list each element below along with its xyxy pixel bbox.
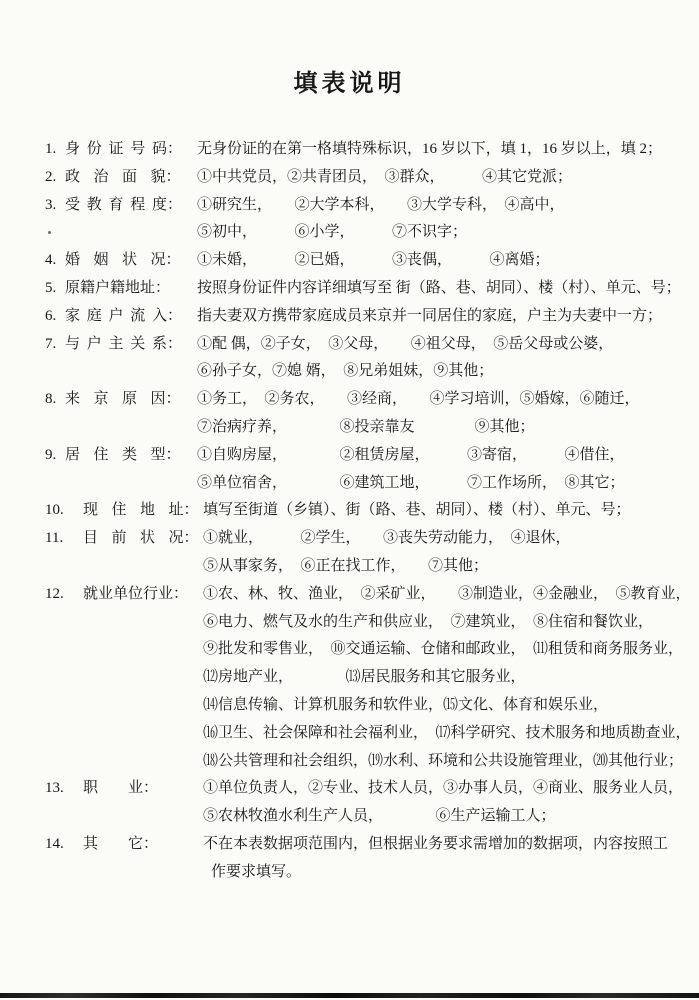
instruction-item: 9. 居 住 类 型： ①自购房屋， ②租赁房屋， ③寄宿， ④借住， ⑤单位宿…	[45, 442, 673, 498]
item-content: ①未婚， ②已婚， ③丧偶， ④离婚；	[197, 247, 673, 275]
item-label: 政 治 面 貌：	[65, 164, 197, 192]
item-line: ⑨批发和零售业， ⑩交通运输、仓储和邮政业， ⑾租赁和商务服务业，	[203, 636, 673, 664]
item-number: 1.	[45, 136, 65, 164]
item-content: 无身份证的在第一格填特殊标识，16 岁以下，填 1，16 岁以上，填 2；	[197, 136, 673, 164]
item-line: ⑥孙子女，⑦媳 婿， ⑧兄弟姐妹，⑨其他；	[197, 358, 673, 386]
item-line: 填写至街道（乡镇）、街（路、巷、胡同）、楼（村）、单元、号；	[203, 497, 673, 525]
item-content: ①务工， ②务农， ③经商， ④学习培训，⑤婚嫁，⑥随迁， ⑦治病疗养， ⑧投亲…	[197, 386, 673, 442]
instruction-item: 13. 职 业： ①单位负责人，②专业、技术人员，③办事人员，④商业、服务业人员…	[45, 775, 673, 831]
item-content: ①单位负责人，②专业、技术人员，③办事人员，④商业、服务业人员， ⑤农林牧渔水利…	[203, 775, 673, 831]
item-line: ⑤单位宿舍， ⑥建筑工地， ⑦工作场所， ⑧其它；	[197, 470, 673, 498]
item-label: 家 庭 户 流 入：	[65, 303, 197, 331]
item-label: 其 它：	[83, 831, 203, 859]
item-label: 来 京 原 因：	[65, 386, 197, 414]
item-number: 7.	[45, 331, 65, 359]
item-line: ⒅公共管理和社会组织，⒆水利、环境和公共设施管理业，⒇其他行业；	[203, 748, 673, 776]
item-number: 14.	[45, 831, 83, 859]
item-line: ①单位负责人，②专业、技术人员，③办事人员，④商业、服务业人员，	[203, 775, 673, 803]
instruction-item: 4. 婚 姻 状 况： ①未婚， ②已婚， ③丧偶， ④离婚；	[45, 247, 673, 275]
item-line: ⒁信息传输、计算机服务和软件业，⒂文化、体育和娱乐业，	[203, 692, 673, 720]
item-number: 12.	[45, 581, 83, 609]
item-content: ①自购房屋， ②租赁房屋， ③寄宿， ④借住， ⑤单位宿舍， ⑥建筑工地， ⑦工…	[197, 442, 673, 498]
item-line: ⑤初中， ⑥小学， ⑦不识字；	[197, 219, 673, 247]
instruction-list: 1. 身 份 证 号 码： 无身份证的在第一格填特殊标识，16 岁以下，填 1，…	[0, 136, 699, 887]
item-line: ①未婚， ②已婚， ③丧偶， ④离婚；	[197, 247, 673, 275]
item-label: 现 住 地 址：	[83, 497, 203, 525]
item-line: 无身份证的在第一格填特殊标识，16 岁以下，填 1，16 岁以上，填 2；	[197, 136, 673, 164]
item-content: ①中共党员，②共青团员， ③群众， ④其它党派；	[197, 164, 673, 192]
instruction-item: 8. 来 京 原 因： ①务工， ②务农， ③经商， ④学习培训，⑤婚嫁，⑥随迁…	[45, 386, 673, 442]
item-number: 6.	[45, 303, 65, 331]
instruction-item: 14. 其 它： 不在本表数据项范围内，但根据业务要求需增加的数据项，内容按照工…	[45, 831, 673, 887]
item-line: ①务工， ②务农， ③经商， ④学习培训，⑤婚嫁，⑥随迁，	[197, 386, 673, 414]
item-line: ①就业， ②学生， ③丧失劳动能力， ④退休，	[203, 525, 673, 553]
item-line: 指夫妻双方携带家庭成员来京并一同居住的家庭，户主为夫妻中一方；	[197, 303, 673, 331]
item-line: 按照身份证件内容详细填写至 街（路、巷、胡同）、楼（村）、单元、号；	[197, 275, 673, 303]
item-line: ①配 偶，②子女， ③父母， ④祖父母， ⑤岳父母或公婆，	[197, 331, 673, 359]
item-content: 不在本表数据项范围内，但根据业务要求需增加的数据项，内容按照工 作要求填写。	[203, 831, 673, 887]
page-title: 填表说明	[0, 0, 699, 98]
item-line: ⑤从事家务， ⑥正在找工作， ⑦其他；	[203, 553, 673, 581]
item-line: ⑦治病疗养， ⑧投亲靠友 ⑨其他；	[197, 414, 673, 442]
instruction-item: 10. 现 住 地 址： 填写至街道（乡镇）、街（路、巷、胡同）、楼（村）、单元…	[45, 497, 673, 525]
item-label: 职 业：	[83, 775, 203, 803]
item-line: ①自购房屋， ②租赁房屋， ③寄宿， ④借住，	[197, 442, 673, 470]
instruction-item: 7. 与 户 主 关 系： ①配 偶，②子女， ③父母， ④祖父母， ⑤岳父母或…	[45, 331, 673, 387]
instruction-item: 12. 就业单位行业： ①农、林、牧、渔业， ②采矿业， ③制造业，④金融业， …	[45, 581, 673, 776]
item-line: 作要求填写。	[203, 859, 673, 887]
item-label: 原籍户籍地址：	[65, 275, 197, 303]
item-number: 4.	[45, 247, 65, 275]
instruction-item: 6. 家 庭 户 流 入： 指夫妻双方携带家庭成员来京并一同居住的家庭，户主为夫…	[45, 303, 673, 331]
scan-edge-artifact	[0, 993, 699, 998]
item-content: ①就业， ②学生， ③丧失劳动能力， ④退休， ⑤从事家务， ⑥正在找工作， ⑦…	[203, 525, 673, 581]
item-line: ①中共党员，②共青团员， ③群众， ④其它党派；	[197, 164, 673, 192]
item-number: 11.	[45, 525, 83, 553]
item-line: ①农、林、牧、渔业， ②采矿业， ③制造业，④金融业， ⑤教育业，	[203, 581, 673, 609]
item-number: 13.	[45, 775, 83, 803]
item-label: 婚 姻 状 况：	[65, 247, 197, 275]
instruction-item: 11. 目 前 状 况： ①就业， ②学生， ③丧失劳动能力， ④退休， ⑤从事…	[45, 525, 673, 581]
item-content: 填写至街道（乡镇）、街（路、巷、胡同）、楼（村）、单元、号；	[203, 497, 673, 525]
item-content: ①配 偶，②子女， ③父母， ④祖父母， ⑤岳父母或公婆， ⑥孙子女，⑦媳 婿，…	[197, 331, 673, 387]
item-number: 9.	[45, 442, 65, 470]
item-number: 10.	[45, 497, 83, 525]
item-label: 身 份 证 号 码：	[65, 136, 197, 164]
instruction-item: 3. 受 教 育 程 度： ①研究生， ②大学本科， ③大学专科， ④高中， ⑤…	[45, 192, 673, 248]
item-content: 指夫妻双方携带家庭成员来京并一同居住的家庭，户主为夫妻中一方；	[197, 303, 673, 331]
item-content: 按照身份证件内容详细填写至 街（路、巷、胡同）、楼（村）、单元、号；	[197, 275, 673, 303]
item-number: 5.	[45, 275, 65, 303]
item-number: 8.	[45, 386, 65, 414]
instruction-item: 1. 身 份 证 号 码： 无身份证的在第一格填特殊标识，16 岁以下，填 1，…	[45, 136, 673, 164]
scan-speck-artifact	[48, 231, 51, 234]
item-line: ⑥电力、燃气及水的生产和供应业， ⑦建筑业， ⑧住宿和餐饮业，	[203, 609, 673, 637]
item-label: 居 住 类 型：	[65, 442, 197, 470]
instruction-item: 5. 原籍户籍地址： 按照身份证件内容详细填写至 街（路、巷、胡同）、楼（村）、…	[45, 275, 673, 303]
instruction-item: 2. 政 治 面 貌： ①中共党员，②共青团员， ③群众， ④其它党派；	[45, 164, 673, 192]
document-page: 填表说明 1. 身 份 证 号 码： 无身份证的在第一格填特殊标识，16 岁以下…	[0, 0, 699, 1000]
item-label: 与 户 主 关 系：	[65, 331, 197, 359]
item-label: 就业单位行业：	[83, 581, 203, 609]
item-line: ⑿房地产业， ⒀居民服务和其它服务业，	[203, 664, 673, 692]
item-number: 3.	[45, 192, 65, 220]
item-content: ①研究生， ②大学本科， ③大学专科， ④高中， ⑤初中， ⑥小学， ⑦不识字；	[197, 192, 673, 248]
item-number: 2.	[45, 164, 65, 192]
item-line: ⒃卫生、社会保障和社会福利业， ⒄科学研究、技术服务和地质勘查业，	[203, 720, 673, 748]
item-label: 目 前 状 况：	[83, 525, 203, 553]
item-line: ①研究生， ②大学本科， ③大学专科， ④高中，	[197, 192, 673, 220]
item-content: ①农、林、牧、渔业， ②采矿业， ③制造业，④金融业， ⑤教育业， ⑥电力、燃气…	[203, 581, 673, 776]
item-label: 受 教 育 程 度：	[65, 192, 197, 220]
item-line: ⑤农林牧渔水利生产人员， ⑥生产运输工人；	[203, 803, 673, 831]
item-line: 不在本表数据项范围内，但根据业务要求需增加的数据项，内容按照工	[203, 831, 673, 859]
